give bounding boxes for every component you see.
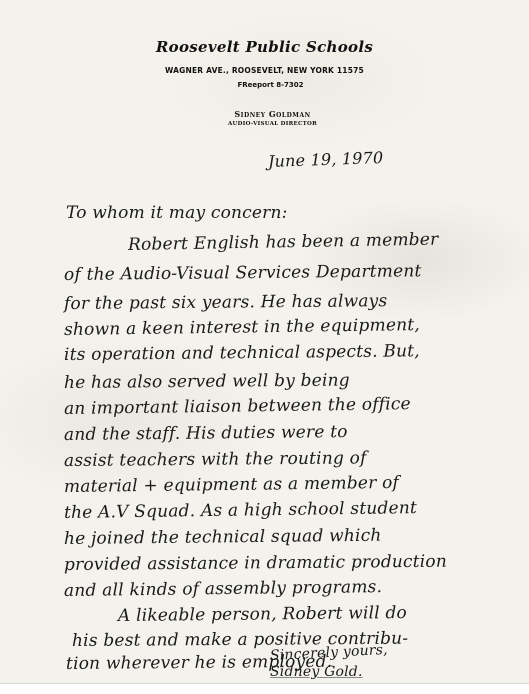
letter-body-line: he has also served well by being (64, 371, 350, 393)
letter-body-line: an important liaison between the office (64, 394, 411, 419)
letter-body-line: provided assistance in dramatic producti… (64, 552, 447, 575)
letter-body-line: material + equipment as a member of (64, 473, 399, 497)
letterhead-address: WAGNER AVE., ROOSEVELT, NEW YORK 11575 (0, 66, 529, 75)
letter-body-line: its operation and technical aspects. But… (64, 341, 420, 365)
letter-body-line: and all kinds of assembly programs. (64, 577, 382, 601)
letterhead-sender-name: Sidney Goldman (0, 109, 529, 119)
letterhead-sender-title: AUDIO-VISUAL DIRECTOR (0, 121, 529, 127)
letter-body-line: he joined the technical squad which (64, 526, 382, 549)
letter-salutation: To whom it may concern: (66, 203, 288, 223)
letter-page: Roosevelt Public Schools WAGNER AVE., RO… (0, 0, 529, 684)
letter-date: June 19, 1970 (268, 148, 384, 171)
letter-body-line: for the past six years. He has always (64, 291, 388, 314)
letter-body-line: the A.V Squad. As a high school student (64, 498, 417, 523)
letter-body-line: Robert English has been a member (128, 230, 439, 255)
letter-body-line: shown a keen interest in the equipment, (64, 315, 420, 340)
letter-body-line: assist teachers with the routing of (64, 448, 367, 471)
letter-body-line: of the Audio-Visual Services Department (64, 261, 422, 285)
letterhead-phone: FReeport 8-7302 (0, 81, 529, 89)
letter-body-line: A likeable person, Robert will do (118, 603, 407, 626)
letter-signature: Sidney Gold. (270, 664, 363, 680)
letterhead-school-name: Roosevelt Public Schools (0, 38, 529, 56)
letter-body-line: and the staff. His duties were to (64, 422, 348, 445)
